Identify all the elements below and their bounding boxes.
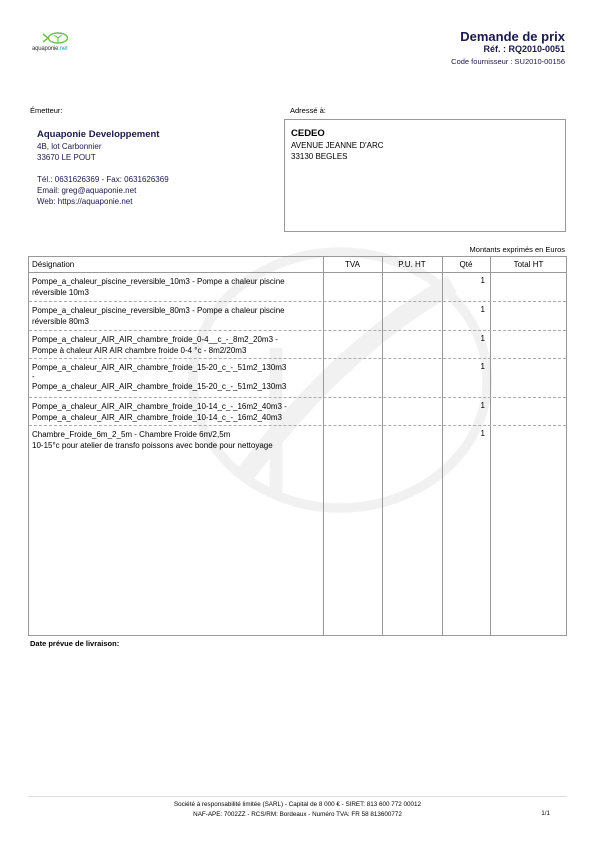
footer-legal: Société à responsabilité limitée (SARL) … [0,800,595,820]
table-row: Pompe_a_chaleur_AIR_AIR_chambre_froide_1… [29,398,566,426]
row-designation: Pompe_a_chaleur_piscine_reversible_10m3 … [32,276,322,298]
header-total: Total HT [490,260,567,269]
row-designation: Pompe_a_chaleur_AIR_AIR_chambre_froide_1… [32,362,322,392]
header-unit-price: P.U. HT [382,260,442,269]
recipient-address2: 33130 BEGLES [291,151,384,162]
logo-text: aquaponie.net [32,46,67,52]
header-designation: Désignation [32,260,74,269]
page-number: 1/1 [541,810,550,817]
company-logo: aquaponie.net [32,31,78,55]
recipient-box: CEDEO AVENUE JEANNE D'ARC 33130 BEGLES [284,119,566,232]
sender-web: Web: https://aquaponie.net [37,196,169,207]
items-table: Désignation TVA P.U. HT Qté Total HT Pom… [28,256,567,636]
fish-sprout-icon [42,31,72,45]
row-qty: 1 [481,401,485,410]
row-qty: 1 [481,276,485,285]
document-reference: Réf. : RQ2010-0051 [483,44,565,54]
header-qty: Qté [442,260,490,269]
table-row: Chambre_Froide_6m_2_5m - Chambre Froide … [29,426,566,636]
row-qty: 1 [481,305,485,314]
table-row: Pompe_a_chaleur_AIR_AIR_chambre_froide_1… [29,359,566,398]
footer-divider [28,796,567,797]
table-row: Pompe_a_chaleur_AIR_AIR_chambre_froide_0… [29,331,566,359]
row-qty: 1 [481,334,485,343]
document-title: Demande de prix [460,29,565,44]
sender-email: Email: greg@aquaponie.net [37,185,169,196]
row-designation: Pompe_a_chaleur_AIR_AIR_chambre_froide_0… [32,334,322,356]
delivery-date-label: Date prévue de livraison: [30,639,119,648]
supplier-code: Code fournisseur : SU2010-00156 [451,57,565,66]
sender-label: Émetteur: [30,106,63,115]
sender-address1: 4B, lot Carbonnier [37,141,169,152]
sender-phone: Tél.: 0631626369 - Fax: 0631626369 [37,174,169,185]
currency-note: Montants exprimés en Euros [470,245,565,254]
row-designation: Chambre_Froide_6m_2_5m - Chambre Froide … [32,429,352,451]
row-qty: 1 [481,362,485,371]
sender-address2: 33670 LE POUT [37,152,169,163]
row-qty: 1 [481,429,485,438]
header-vat: TVA [323,260,382,269]
table-row: Pompe_a_chaleur_piscine_reversible_80m3 … [29,302,566,331]
sender-block: Aquaponie Developpement 4B, lot Carbonni… [37,129,169,207]
recipient-address1: AVENUE JEANNE D'ARC [291,140,384,151]
table-header: Désignation TVA P.U. HT Qté Total HT [29,257,566,273]
recipient-name: CEDEO [291,128,384,140]
recipient-label: Adressé à: [290,106,326,115]
row-designation: Pompe_a_chaleur_AIR_AIR_chambre_froide_1… [32,401,322,423]
row-designation: Pompe_a_chaleur_piscine_reversible_80m3 … [32,305,322,327]
sender-name: Aquaponie Developpement [37,129,169,141]
table-row: Pompe_a_chaleur_piscine_reversible_10m3 … [29,273,566,302]
